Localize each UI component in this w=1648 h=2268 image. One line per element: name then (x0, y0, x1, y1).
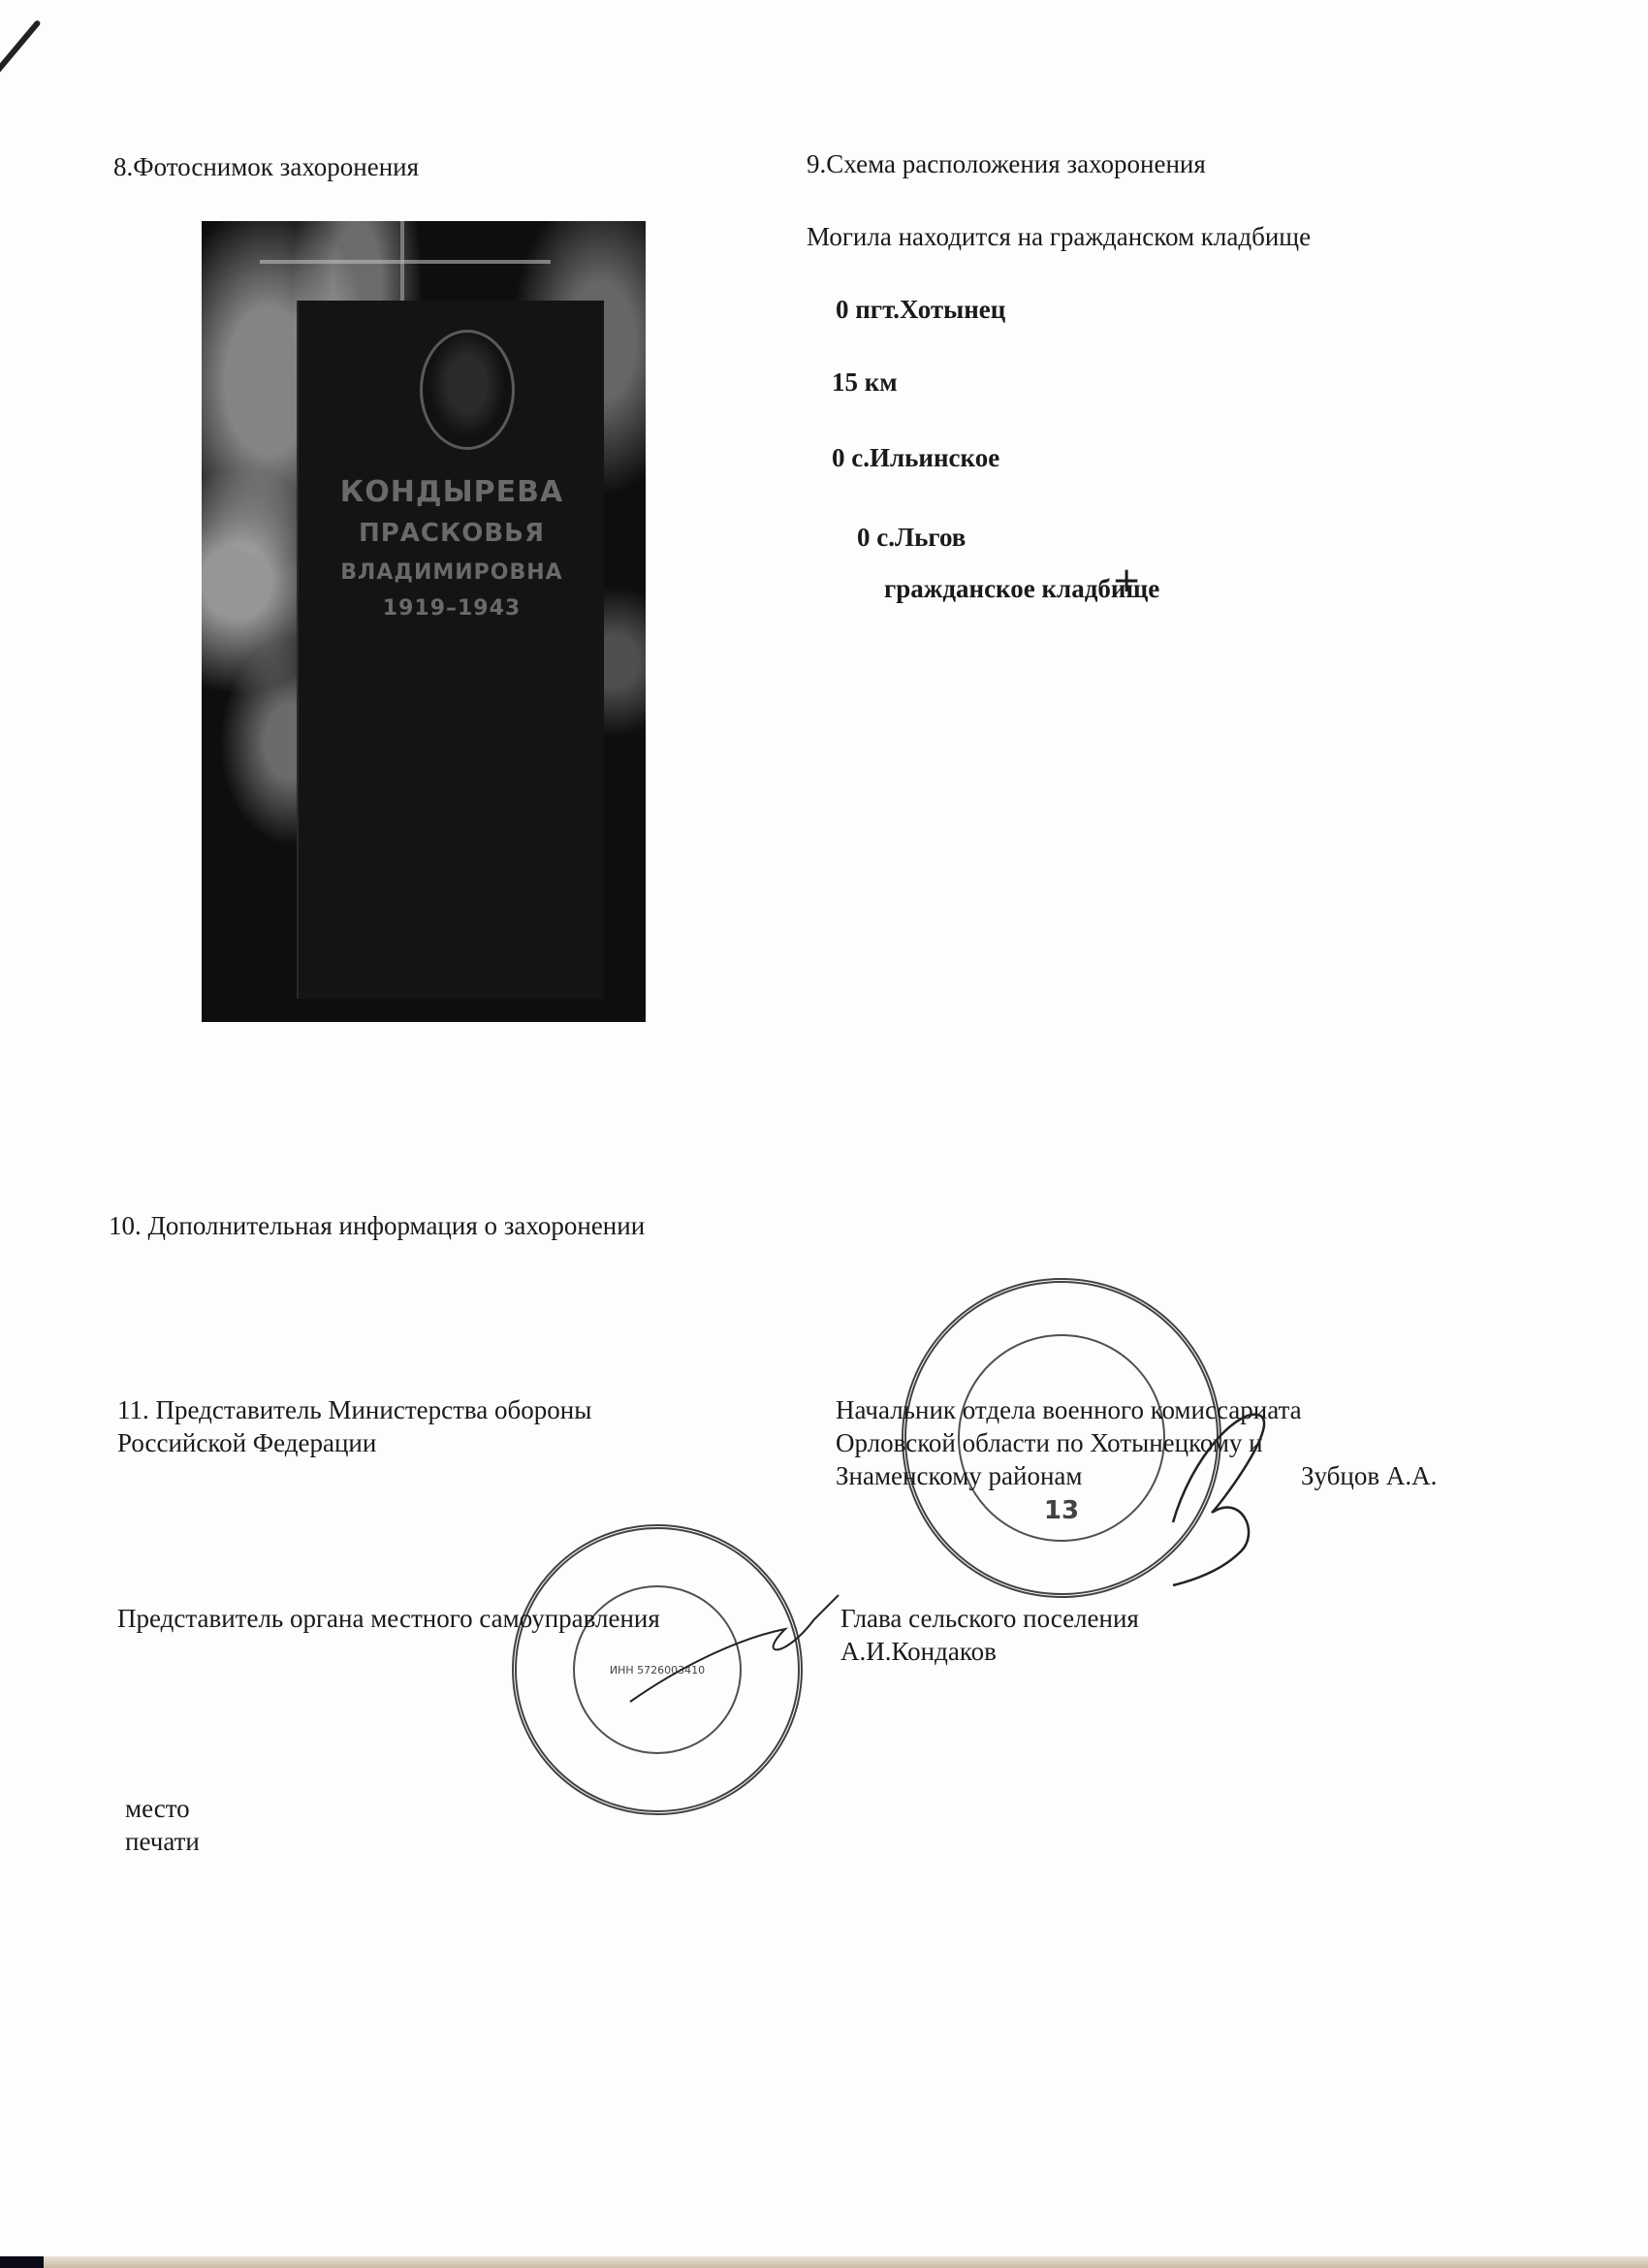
scheme-point: 0 с.Льгов (857, 521, 966, 554)
head-title: Глава сельского поселения (840, 1602, 1139, 1635)
head-signature (620, 1590, 843, 1716)
section8-title: 8.Фотоснимок захоронения (113, 150, 419, 183)
portrait-medallion (420, 330, 515, 450)
local-gov-representative: Представитель органа местного самоуправл… (117, 1602, 660, 1635)
scheme-distance: 15 км (832, 366, 898, 399)
scan-pen-mark (0, 19, 42, 94)
stamp-number: 13 (1044, 1496, 1079, 1525)
section9-title: 9.Схема расположения захоронения (807, 147, 1206, 180)
commissar-signature (1154, 1396, 1299, 1590)
scan-bottom-edge (0, 2256, 1648, 2268)
headstone: КОНДЫРЕВА ПРАСКОВЬЯ ВЛАДИМИРОВНА 1919–19… (297, 301, 604, 999)
scheme-point: 0 пгт.Хотынец (836, 293, 1005, 326)
inscription-line: КОНДЫРЕВА (316, 475, 587, 509)
section10-title: 10. Дополнительная информация о захороне… (109, 1209, 645, 1242)
photo-fence-bar (260, 260, 551, 264)
mod-representative-line1: 11. Представитель Министерства обороны (117, 1393, 591, 1426)
scheme-intro: Могила находится на гражданском кладбище (807, 220, 1311, 253)
inscription-line: 1919–1943 (316, 596, 587, 621)
grave-photo: КОНДЫРЕВА ПРАСКОВЬЯ ВЛАДИМИРОВНА 1919–19… (202, 221, 646, 1022)
inscription-line: ПРАСКОВЬЯ (316, 519, 587, 548)
mod-representative-line2: Российской Федерации (117, 1426, 376, 1459)
inscription-line: ВЛАДИМИРОВНА (316, 560, 587, 585)
cross-marker-icon: + (1112, 560, 1141, 600)
scan-corner (0, 2256, 44, 2268)
scheme-point: 0 с.Ильинское (832, 441, 999, 474)
commissar-name: Зубцов А.А. (1301, 1459, 1437, 1492)
head-name: А.И.Кондаков (840, 1635, 997, 1668)
stamp-place-label-line1: место (125, 1792, 190, 1825)
commissariat-title-line3: Знаменскому районам (836, 1459, 1082, 1492)
photo-cross (400, 221, 404, 308)
stamp-place-label-line2: печати (125, 1825, 200, 1858)
